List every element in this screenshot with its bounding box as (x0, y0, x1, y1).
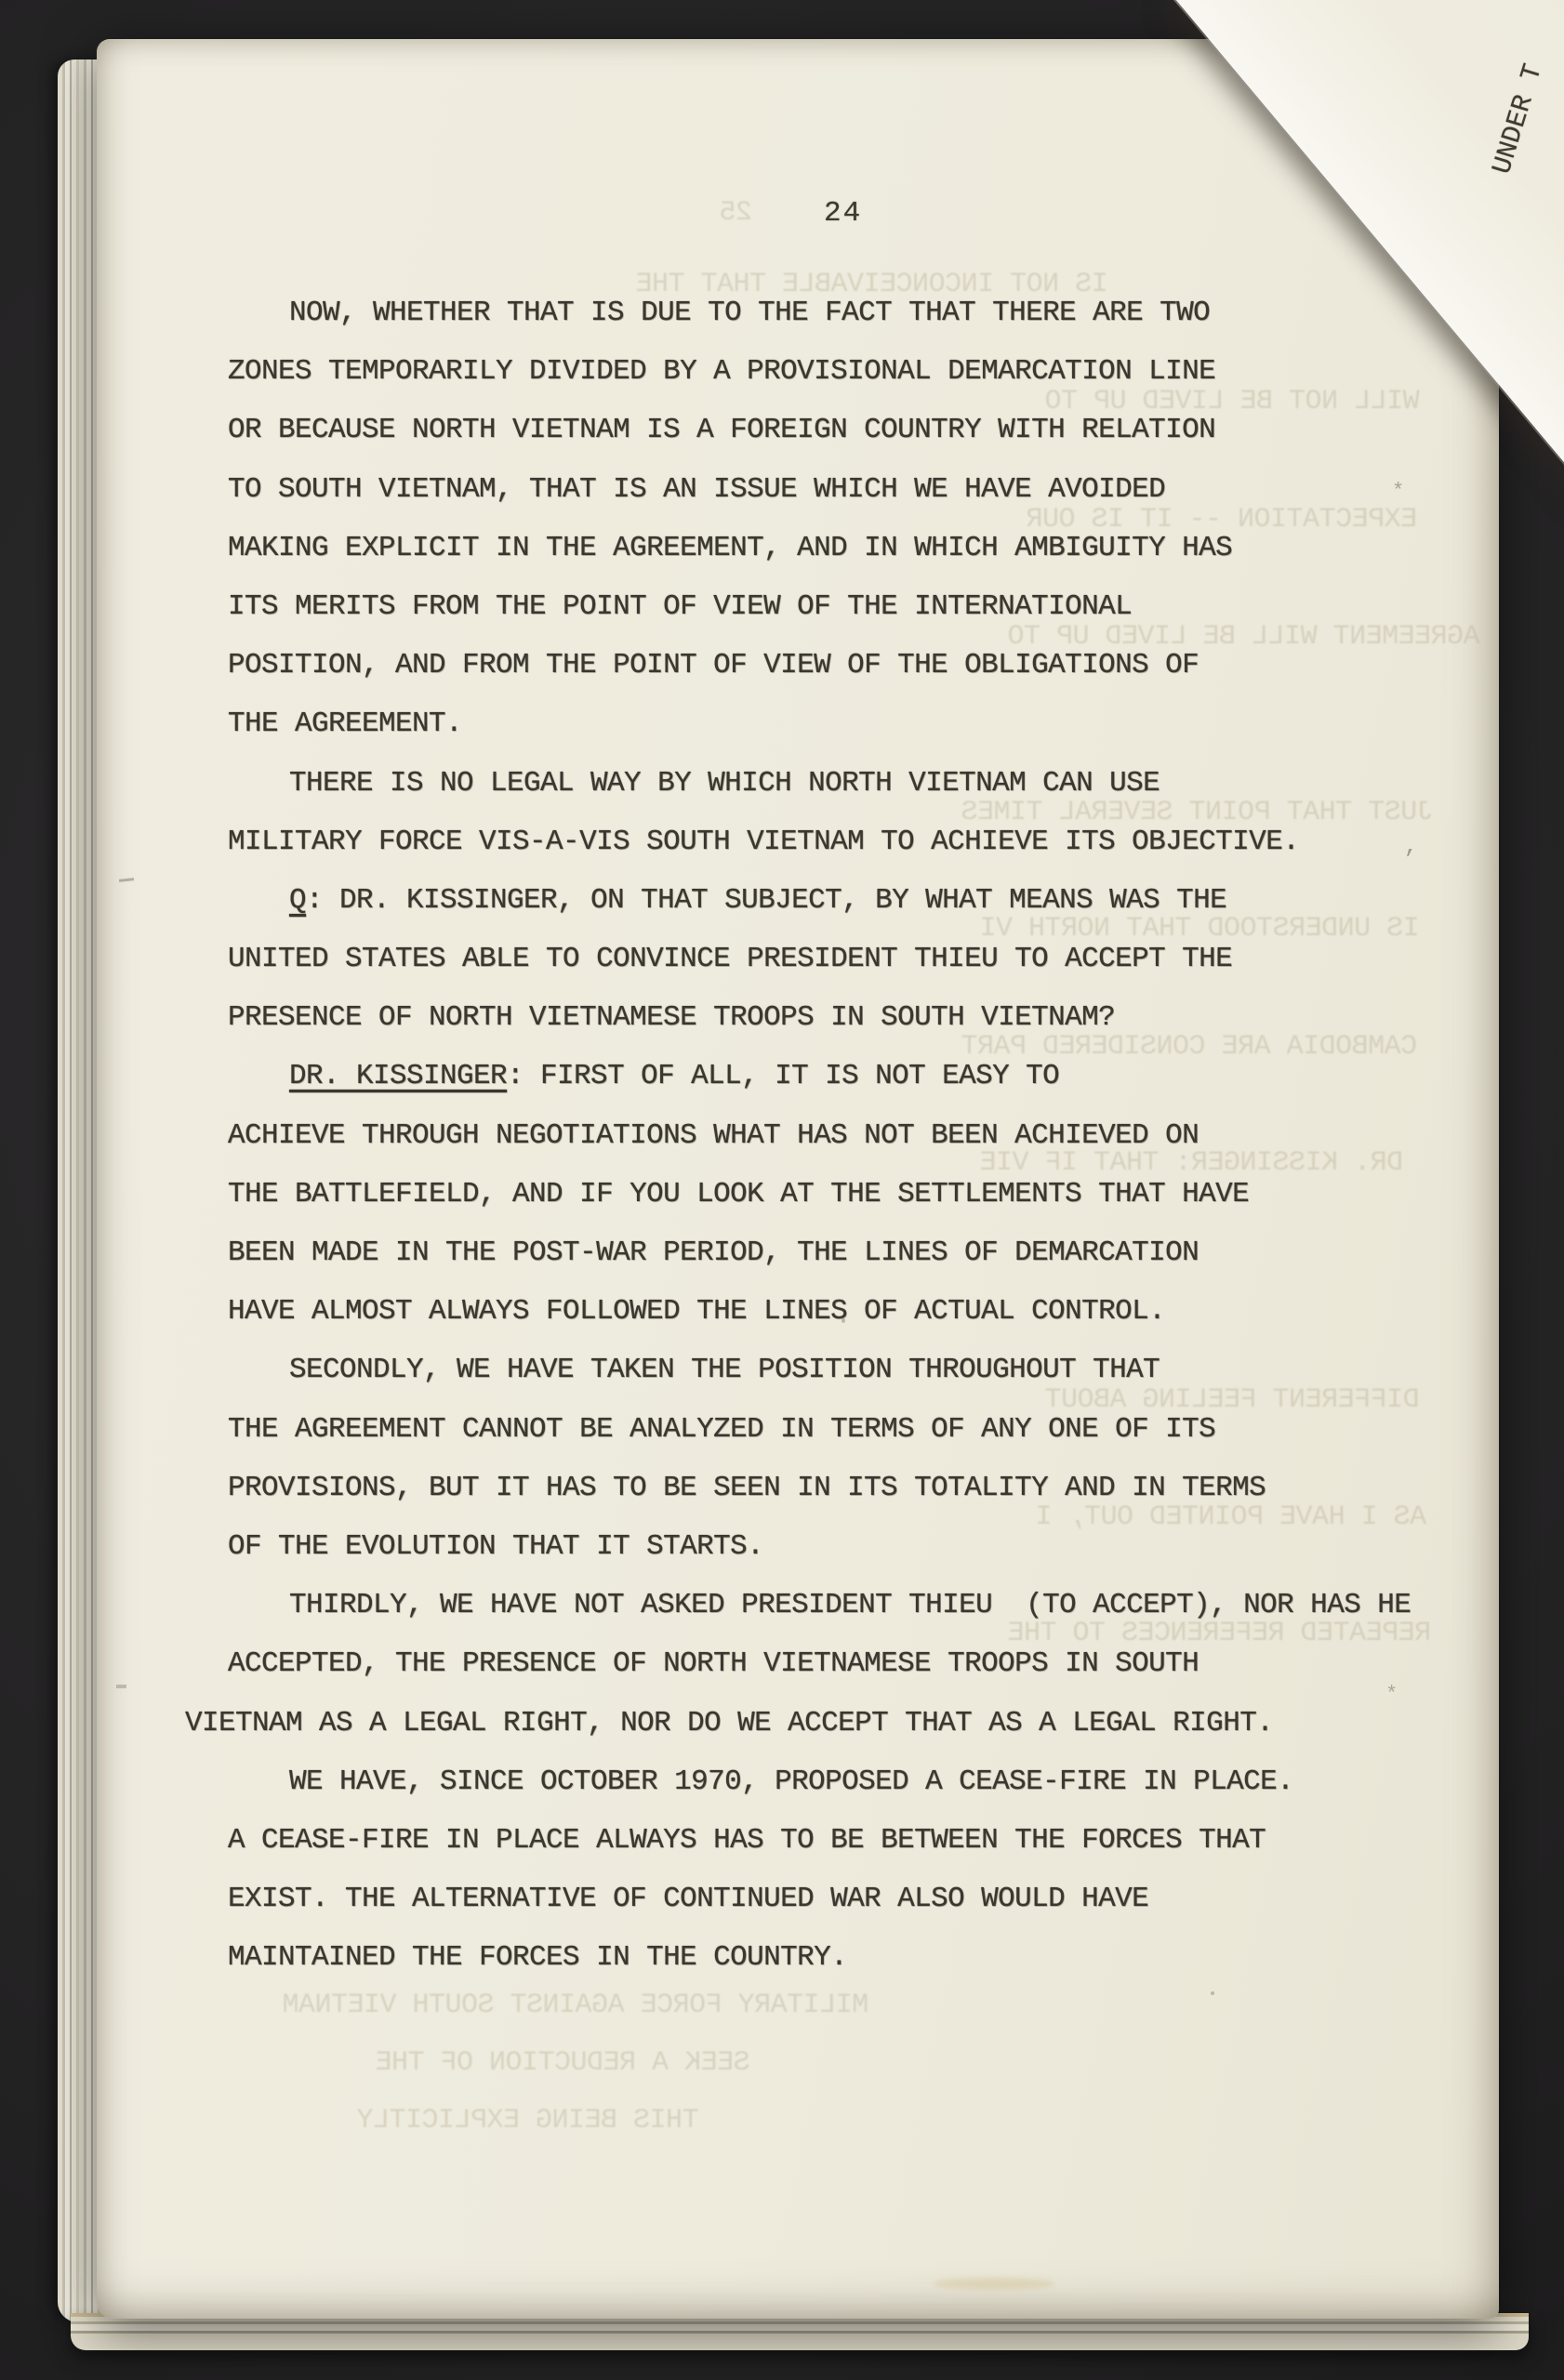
paper-speck: ’ (1402, 846, 1417, 874)
typed-text: MILITARY FORCE VIS-A-VIS SOUTH VIETNAM T… (228, 826, 1299, 858)
typed-line: PRESENCE OF NORTH VIETNAMESE TROOPS IN S… (228, 988, 1557, 1047)
typed-text: SECONDLY, WE HAVE TAKEN THE POSITION THR… (289, 1354, 1160, 1386)
typed-line: ACCEPTED, THE PRESENCE OF NORTH VIETNAME… (228, 1634, 1557, 1693)
typed-text: ACCEPTED, THE PRESENCE OF NORTH VIETNAME… (228, 1647, 1199, 1680)
typed-text: : DR. KISSINGER, ON THAT SUBJECT, BY WHA… (306, 884, 1226, 917)
typed-line: ZONES TEMPORARILY DIVIDED BY A PROVISION… (228, 342, 1557, 401)
photo-backdrop: 25IS NOT INCONCEIVABLE THAT THEWILL NOT … (0, 0, 1564, 2380)
typed-text: BEEN MADE IN THE POST-WAR PERIOD, THE LI… (228, 1236, 1199, 1269)
typed-line: NOW, WHETHER THAT IS DUE TO THE FACT THA… (228, 284, 1557, 342)
page-number: 24 (824, 197, 862, 230)
typed-line: MAKING EXPLICIT IN THE AGREEMENT, AND IN… (228, 519, 1557, 577)
typed-line: HAVE ALMOST ALWAYS FOLLOWED THE LINES OF… (228, 1282, 1557, 1341)
typed-line: MAINTAINED THE FORCES IN THE COUNTRY. (228, 1928, 1557, 1987)
bleed-through-fragment: MILITARY FORCE AGAINST SOUTH VIETNAM (283, 1990, 868, 2021)
typed-line: OF THE EVOLUTION THAT IT STARTS. (228, 1517, 1557, 1576)
typed-text: WE HAVE, SINCE OCTOBER 1970, PROPOSED A … (289, 1765, 1293, 1798)
typed-text: ACHIEVE THROUGH NEGOTIATIONS WHAT HAS NO… (228, 1119, 1199, 1152)
typed-line: A CEASE-FIRE IN PLACE ALWAYS HAS TO BE B… (228, 1811, 1557, 1870)
typed-text: ITS MERITS FROM THE POINT OF VIEW OF THE… (228, 590, 1132, 623)
typed-text: THIRDLY, WE HAVE NOT ASKED PRESIDENT THI… (289, 1589, 1411, 1621)
typed-text: OR BECAUSE NORTH VIETNAM IS A FOREIGN CO… (228, 414, 1215, 446)
typed-text: THERE IS NO LEGAL WAY BY WHICH NORTH VIE… (289, 767, 1160, 800)
typed-line: PROVISIONS, BUT IT HAS TO BE SEEN IN ITS… (228, 1459, 1557, 1517)
document-page: 25IS NOT INCONCEIVABLE THAT THEWILL NOT … (97, 39, 1499, 2319)
typed-text: EXIST. THE ALTERNATIVE OF CONTINUED WAR … (228, 1883, 1148, 1915)
typed-line: MILITARY FORCE VIS-A-VIS SOUTH VIETNAM T… (228, 813, 1557, 871)
typed-text: VIETNAM AS A LEGAL RIGHT, NOR DO WE ACCE… (185, 1707, 1273, 1739)
typed-line: POSITION, AND FROM THE POINT OF VIEW OF … (228, 636, 1557, 694)
typed-text: OF THE EVOLUTION THAT IT STARTS. (228, 1530, 763, 1563)
typed-line: EXIST. THE ALTERNATIVE OF CONTINUED WAR … (228, 1870, 1557, 1928)
typed-line: TO SOUTH VIETNAM, THAT IS AN ISSUE WHICH… (228, 460, 1557, 519)
typed-text: ZONES TEMPORARILY DIVIDED BY A PROVISION… (228, 355, 1215, 388)
bleed-through-fragment: SEEK A REDUCTION OF THE (376, 2047, 750, 2079)
typed-line: BEEN MADE IN THE POST-WAR PERIOD, THE LI… (228, 1223, 1557, 1282)
typed-line: VIETNAM AS A LEGAL RIGHT, NOR DO WE ACCE… (185, 1694, 1557, 1752)
typed-text: PROVISIONS, BUT IT HAS TO BE SEEN IN ITS… (228, 1472, 1266, 1504)
typed-text: A CEASE-FIRE IN PLACE ALWAYS HAS TO BE B… (228, 1824, 1266, 1857)
typed-text: UNITED STATES ABLE TO CONVINCE PRESIDENT… (228, 943, 1232, 975)
paper-speck (116, 1685, 126, 1688)
paper-speck: * (1392, 480, 1404, 503)
typed-line: ITS MERITS FROM THE POINT OF VIEW OF THE… (228, 577, 1557, 636)
underlying-page-text-line: UNDER T (1482, 50, 1557, 179)
speaker-label: Q (289, 884, 306, 917)
typed-line: WE HAVE, SINCE OCTOBER 1970, PROPOSED A … (228, 1752, 1557, 1811)
typed-text: NOW, WHETHER THAT IS DUE TO THE FACT THA… (289, 297, 1210, 329)
paper-speck (1211, 1991, 1214, 1995)
bleed-through-fragment: THIS BEING EXPLICITLY (357, 2105, 699, 2136)
page-stack-edge-left (58, 59, 102, 2322)
typed-text: HAVE ALMOST ALWAYS FOLLOWED THE LINES OF… (228, 1295, 1165, 1328)
typed-text: THE AGREEMENT. (228, 707, 462, 740)
typed-text: MAKING EXPLICIT IN THE AGREEMENT, AND IN… (228, 532, 1232, 564)
typed-line: THE AGREEMENT CANNOT BE ANALYZED IN TERM… (228, 1400, 1557, 1459)
typed-line: THE BATTLEFIELD, AND IF YOU LOOK AT THE … (228, 1165, 1557, 1223)
typed-text: MAINTAINED THE FORCES IN THE COUNTRY. (228, 1941, 847, 1974)
typed-text: THE BATTLEFIELD, AND IF YOU LOOK AT THE … (228, 1178, 1249, 1210)
paper-speck (842, 1318, 845, 1323)
typed-line: UNITED STATES ABLE TO CONVINCE PRESIDENT… (228, 930, 1557, 988)
typed-line: THERE IS NO LEGAL WAY BY WHICH NORTH VIE… (228, 754, 1557, 813)
typed-line: SECONDLY, WE HAVE TAKEN THE POSITION THR… (228, 1341, 1557, 1399)
typed-line: THIRDLY, WE HAVE NOT ASKED PRESIDENT THI… (228, 1576, 1557, 1634)
typed-line: Q: DR. KISSINGER, ON THAT SUBJECT, BY WH… (228, 871, 1557, 930)
typed-text: : FIRST OF ALL, IT IS NOT EASY TO (507, 1060, 1059, 1092)
typed-line: THE AGREEMENT. (228, 694, 1557, 753)
paper-stain (934, 2278, 1054, 2290)
paper-speck: * (1385, 1683, 1398, 1706)
typed-text: TO SOUTH VIETNAM, THAT IS AN ISSUE WHICH… (228, 473, 1165, 506)
typed-text: THE AGREEMENT CANNOT BE ANALYZED IN TERM… (228, 1413, 1215, 1446)
typed-line: DR. KISSINGER: FIRST OF ALL, IT IS NOT E… (228, 1047, 1557, 1105)
page-stack-edge-bottom (71, 2313, 1529, 2350)
bleed-through-fragment: 25 (720, 197, 752, 229)
typed-line: OR BECAUSE NORTH VIETNAM IS A FOREIGN CO… (228, 401, 1557, 459)
speaker-label: DR. KISSINGER (289, 1060, 507, 1092)
typed-text: POSITION, AND FROM THE POINT OF VIEW OF … (228, 649, 1199, 681)
typed-text: PRESENCE OF NORTH VIETNAMESE TROOPS IN S… (228, 1001, 1115, 1034)
typed-line: ACHIEVE THROUGH NEGOTIATIONS WHAT HAS NO… (228, 1106, 1557, 1165)
typed-text-block: NOW, WHETHER THAT IS DUE TO THE FACT THA… (228, 284, 1557, 1987)
